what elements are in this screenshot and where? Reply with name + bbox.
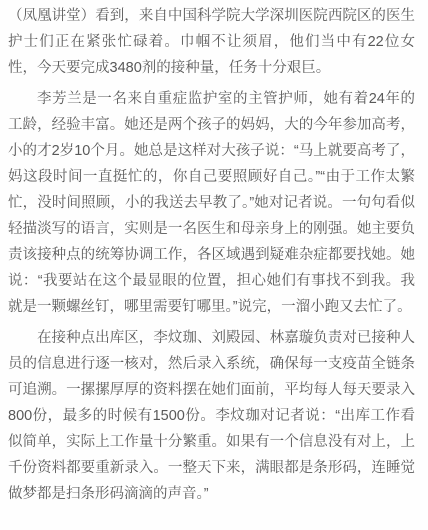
article-paragraph-2: 李芳兰是一名来自重症监护室的主管护师，她有着24年的工龄，经验丰富。她还是两个孩… bbox=[8, 86, 415, 320]
article-paragraph-1: （凤凰讲堂）看到，来自中国科学院大学深圳医院西院区的医生护士们正在紧张忙碌着。巾… bbox=[8, 3, 415, 81]
article-page: （凤凰讲堂）看到，来自中国科学院大学深圳医院西院区的医生护士们正在紧张忙碌着。巾… bbox=[0, 0, 428, 530]
article-paragraph-3: 在接种点出库区，李炆珈、刘殿园、林嘉璇负责对已接种人员的信息进行逐一核对，然后录… bbox=[8, 325, 415, 507]
